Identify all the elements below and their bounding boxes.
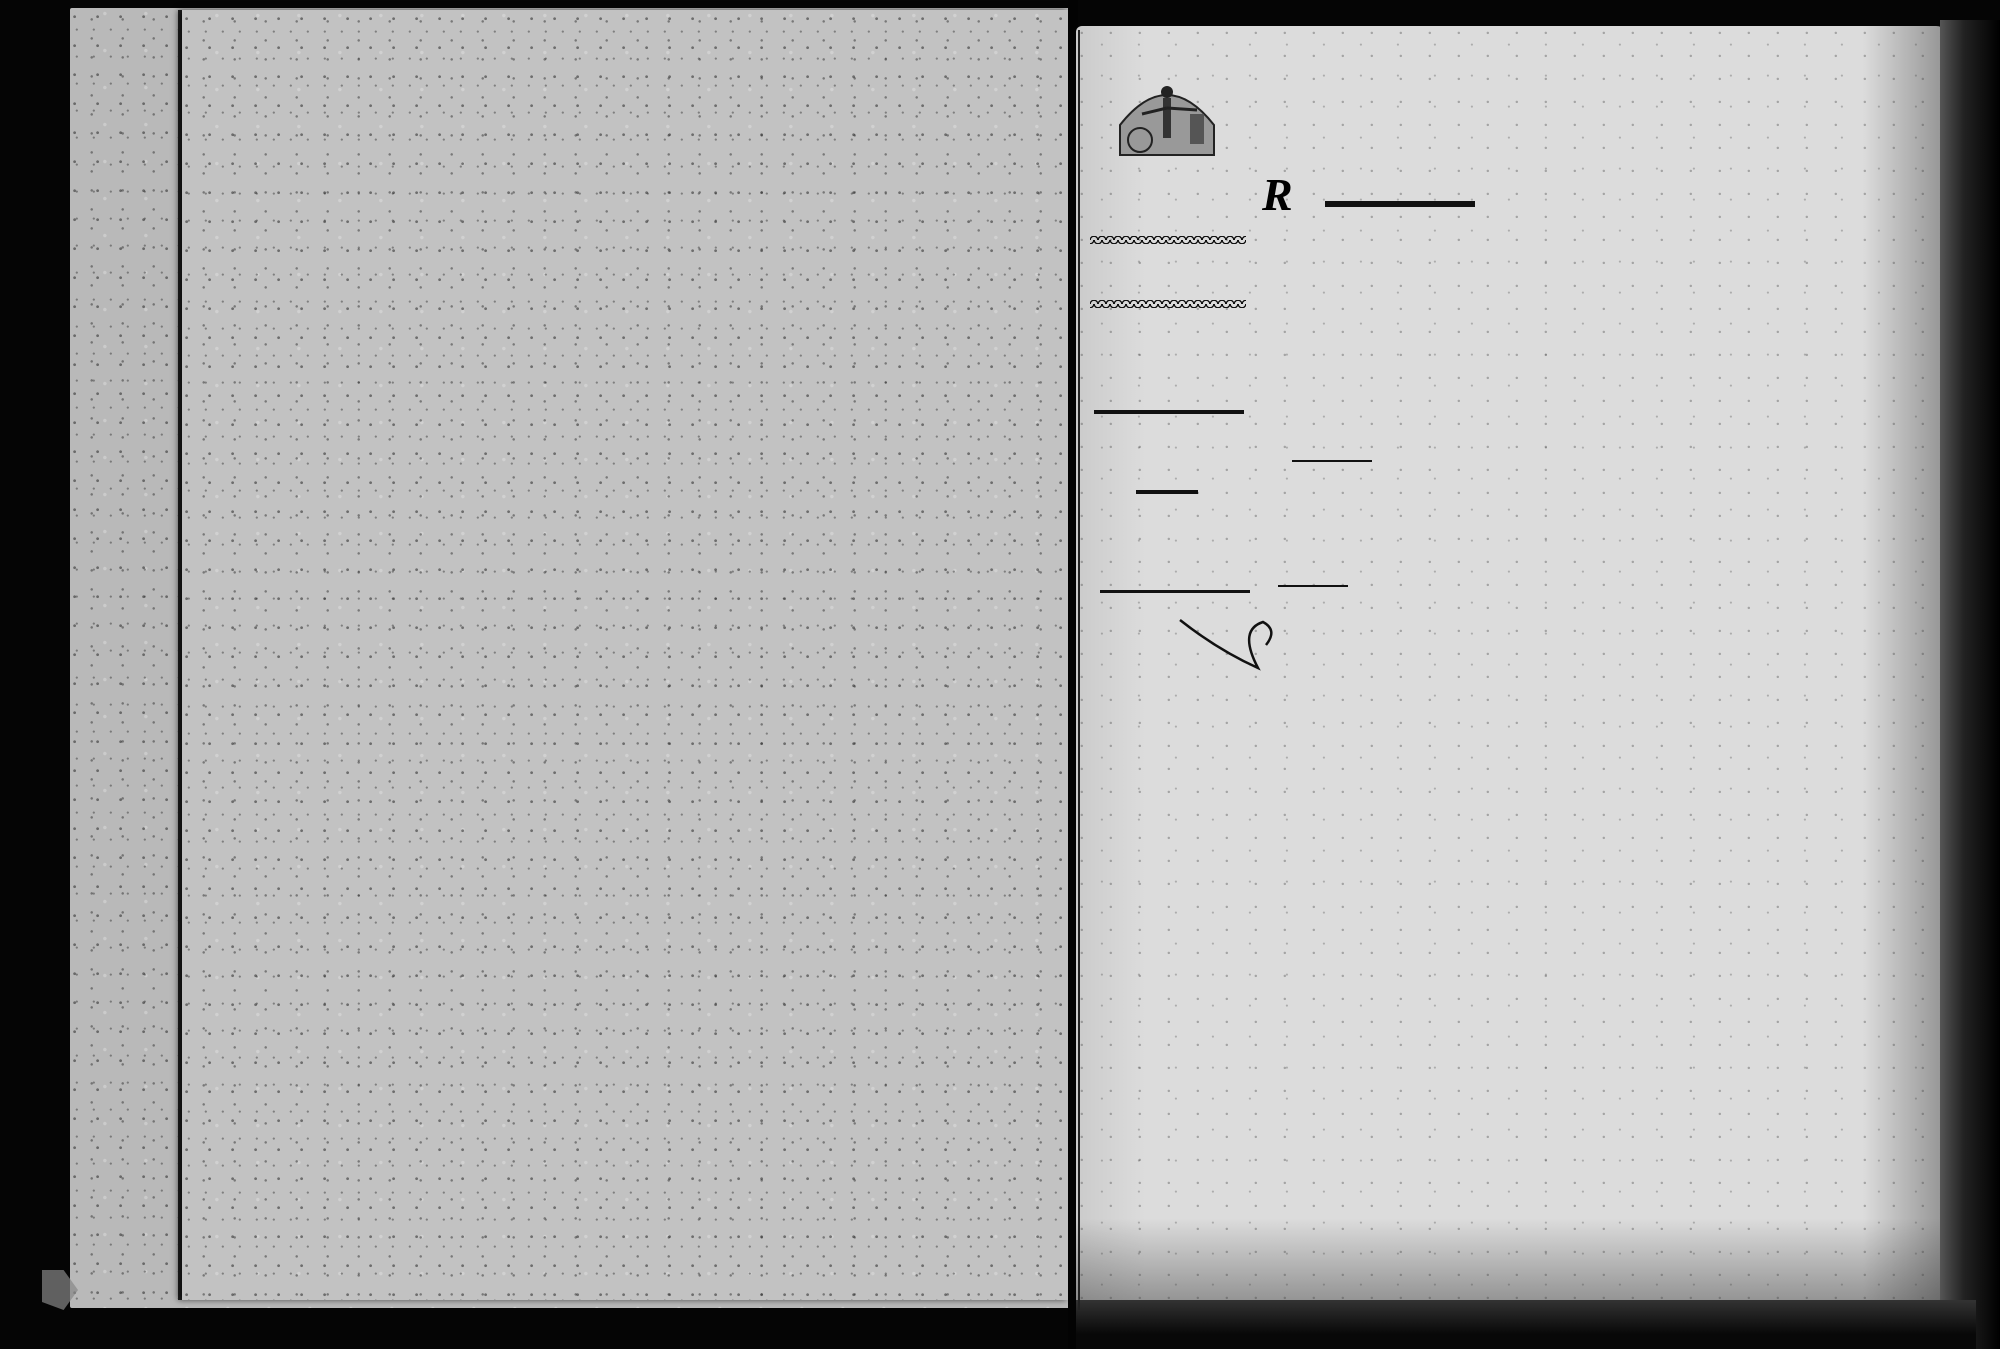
register-type-block xyxy=(1086,322,1246,328)
header-line-7 xyxy=(1262,443,1372,474)
torn-bottom-edge xyxy=(1076,1300,1976,1349)
republic-seal-icon xyxy=(1112,70,1222,160)
left-blank-page xyxy=(182,10,1070,1300)
wavy-divider xyxy=(1090,236,1246,244)
short-divider xyxy=(1136,490,1198,494)
fill-line xyxy=(1278,585,1348,587)
fill-line xyxy=(1325,201,1475,207)
page-edge-dark xyxy=(1940,20,2000,1349)
wavy-divider xyxy=(1090,300,1246,308)
corner-note xyxy=(1780,70,1860,118)
fill-line xyxy=(1292,460,1372,462)
header-line-1: R xyxy=(1262,168,1475,221)
thin-divider xyxy=(1100,590,1250,593)
margin-rule xyxy=(1078,30,1080,1310)
thick-divider xyxy=(1094,410,1244,414)
initial-flourish-icon xyxy=(1178,610,1278,680)
prefecture-block xyxy=(1086,148,1246,154)
place-date-line xyxy=(1278,568,1418,599)
